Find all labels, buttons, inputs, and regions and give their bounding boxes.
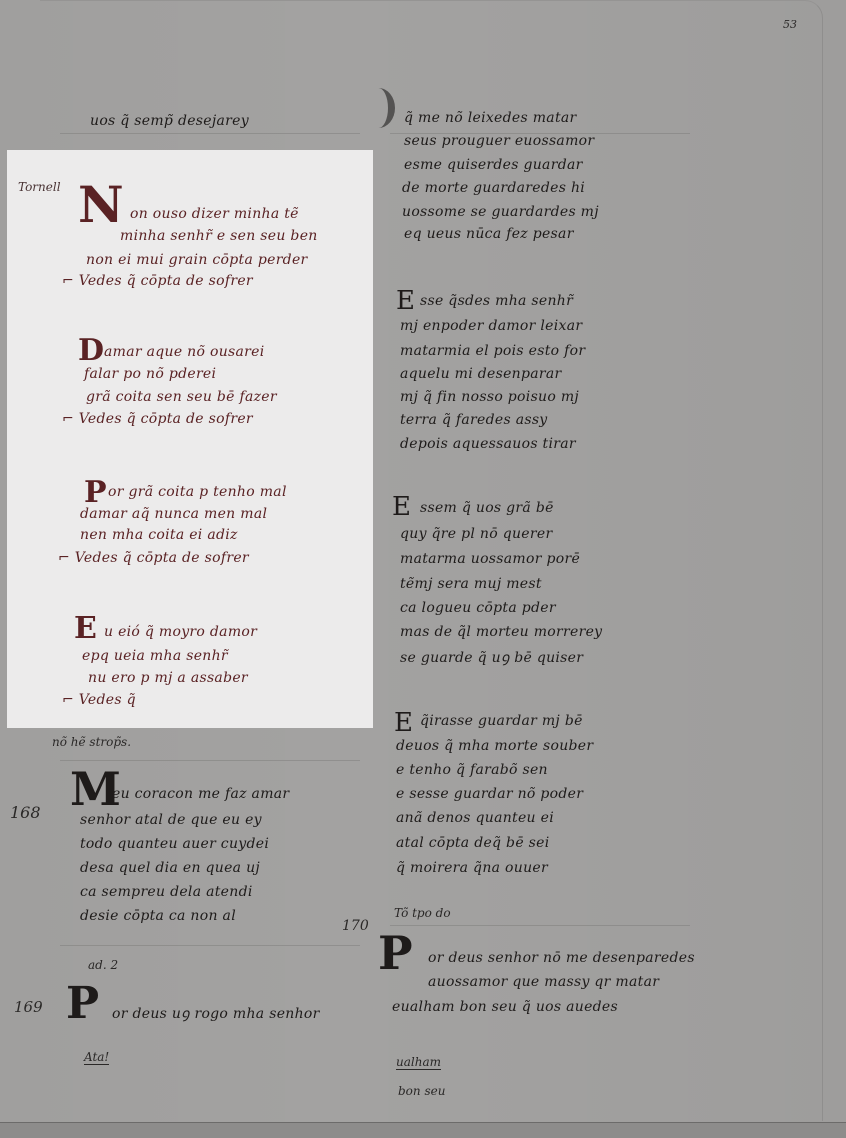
poem-line: auossamor que massy qr matar: [428, 974, 659, 990]
refrain-line: ⌐ Vedes q̃ cōpta de sofrer: [62, 411, 253, 427]
stanza-line: q̃irasse guardar mj bē: [420, 713, 583, 729]
stanza-line: ca logueu cōpta pder: [400, 600, 556, 616]
stanza-line: nen mha coita ei adiz: [80, 527, 238, 543]
note-ata: Ata!: [84, 1050, 109, 1065]
stanza-line: mj q̃ fin nosso poisuo mj: [400, 389, 579, 405]
ruling-line: [60, 945, 360, 946]
margin-number-168: 168: [10, 803, 41, 822]
poem-line: desa quel dia en quea uj: [80, 860, 260, 876]
poem-line: or deus senhor nō me desenparedes: [428, 950, 695, 966]
stanza-line: sse q̃sdes mha senhr̃: [420, 293, 573, 309]
stanza-line: de morte guardaredes hi: [402, 180, 585, 196]
initial-p-170: P: [378, 930, 413, 976]
stanza-line: non ei mui grain cōpta perder: [86, 252, 308, 268]
stanza-line: falar po nõ pderei: [84, 366, 216, 382]
stanza-line: minha senhr̃ e sen seu ben: [120, 228, 318, 244]
stanza-line: damar aq̃ nunca men mal: [80, 506, 267, 522]
stanza-line: anã denos quanteu ei: [396, 810, 554, 826]
poem-line: eualham bon seu q̃ uos auedes: [392, 999, 618, 1015]
margin-number-169: 169: [14, 998, 43, 1016]
initial-p: P: [84, 478, 107, 508]
initial-e: E: [392, 494, 411, 520]
stanza-line: e tenho q̃ farabõ sen: [396, 762, 548, 778]
initial-e: E: [74, 614, 97, 644]
note-bon-seu: bon seu: [398, 1084, 445, 1098]
stanza-line: matarmia el pois esto for: [400, 343, 585, 359]
stanza-line: mas de q̃l morteu morrerey: [400, 624, 602, 640]
stanza-line: q̃ moirera q̃na ouuer: [396, 860, 548, 876]
refrain-text: Vedes q̃ cōpta de sofrer: [79, 411, 253, 427]
stanza-line: u eió q̃ moyro damor: [104, 624, 257, 640]
poem-line: desie cōpta ca non al: [80, 908, 236, 924]
ruling-line: [390, 925, 690, 926]
stanza-line: esme quiserdes guardar: [404, 157, 583, 173]
stanza-line: depois aquessauos tirar: [400, 436, 576, 452]
folio-number: 53: [783, 18, 797, 31]
poem-line: senhor atal de que eu ey: [80, 812, 262, 828]
stanza-line: eq ueus nūca fez pesar: [404, 226, 574, 242]
refrain-text: Vedes q̃ cōpta de sofrer: [75, 550, 249, 566]
poem-line: todo quanteu auer cuydei: [80, 836, 269, 852]
stanza-line: atal cōpta deq̃ bē sei: [396, 835, 550, 851]
stanza-line: mj enpoder damor leixar: [400, 318, 582, 334]
stanza-line: e sesse guardar nõ poder: [396, 786, 583, 802]
stanza-line: tẽmj sera muj mest: [400, 576, 542, 592]
initial-e: E: [394, 710, 413, 736]
stanza-line: epq ueia mha senhr̃: [82, 648, 228, 664]
initial-n: N: [78, 180, 124, 230]
initial-p-169: P: [66, 982, 99, 1026]
stanza-line: se guarde q̃ uꝯ bē quiser: [400, 648, 583, 667]
left-top-line: uos q̃ semp̃ desejarey: [90, 113, 249, 129]
note-no-strophes: nõ hẽ strop̃s.: [52, 735, 131, 749]
stanza-line: or grã coita p tenho mal: [108, 484, 287, 500]
stanza-line: on ouso dizer minha tẽ: [130, 206, 299, 222]
ink-blot: [362, 88, 395, 128]
stanza-line: deuos q̃ mha morte souber: [396, 738, 593, 754]
note-ad: ad. 2: [88, 958, 118, 972]
stanza-line: nu ero p mj a assaber: [88, 670, 248, 686]
stanza-line: grã coita sen seu bē fazer: [86, 389, 277, 405]
stanza-line: seus prouguer euossamor: [404, 133, 594, 149]
stanza-line: quy q̃re pl nō querer: [400, 526, 552, 542]
refrain-line: ⌐ Vedes q̃: [62, 692, 136, 708]
manuscript-page: 53 uos q̃ semp̃ desejarey Tornell N on o…: [0, 0, 846, 1138]
poem-line: or deus uꝯ rogo mha senhor: [112, 1004, 320, 1023]
page-bottom-edge: [0, 1122, 846, 1138]
note-to-tpo: Tõ tpo do: [394, 906, 451, 920]
stanza-line: amar aque nõ ousarei: [104, 344, 265, 360]
poem-line: ca sempreu dela atendi: [80, 884, 253, 900]
refrain-line: ⌐ Vedes q̃ cōpta de sofrer: [58, 550, 249, 566]
refrain-text: Vedes q̃ cōpta de sofrer: [79, 273, 253, 289]
margin-label-tornell: Tornell: [18, 180, 61, 194]
initial-e: E: [396, 288, 415, 314]
refrain-line: ⌐ Vedes q̃ cōpta de sofrer: [62, 273, 253, 289]
refrain-text: Vedes q̃: [79, 692, 136, 708]
ruling-line: [60, 133, 360, 134]
stanza-line: q̃ me nõ leixedes matar: [404, 110, 577, 126]
poem-line: eu coracon me faz amar: [112, 786, 289, 802]
stanza-line: terra q̃ faredes assy: [400, 412, 548, 428]
stanza-line: ssem q̃ uos grã bē: [420, 500, 554, 516]
stanza-line: aquelu mi desenparar: [400, 366, 562, 382]
stanza-line: matarma uossamor porē: [400, 551, 580, 567]
margin-number-170: 170: [342, 918, 369, 934]
stanza-line: uossome se guardardes mj: [402, 204, 599, 220]
ruling-line: [60, 760, 360, 761]
note-ualham: ualham: [396, 1055, 441, 1070]
initial-d: D: [78, 336, 104, 366]
